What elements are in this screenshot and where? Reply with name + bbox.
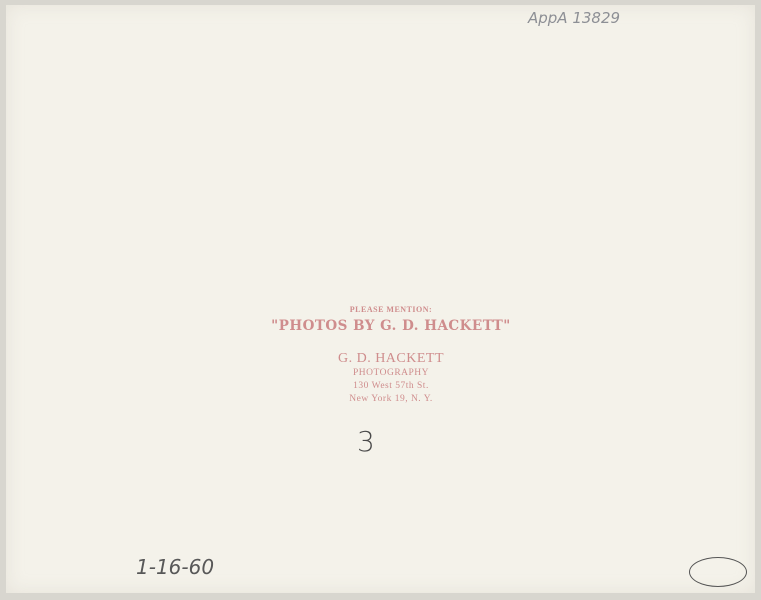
handwritten-number: 3 [357, 425, 375, 458]
stamp-please-mention: PLEASE MENTION: [246, 305, 536, 314]
photo-back-card: AppA 13829 PLEASE MENTION: "PHOTOS BY G.… [6, 5, 755, 593]
stamp-city: New York 19, N. Y. [246, 394, 536, 404]
stamp-trade: PHOTOGRAPHY [246, 368, 536, 378]
accession-note: AppA 13829 [528, 9, 620, 27]
stamp-photographer-name: G. D. HACKETT [246, 351, 536, 367]
oval-collection-stamp [689, 557, 747, 587]
stamp-credit-line: "PHOTOS BY G. D. HACKETT" [246, 318, 536, 334]
stamp-street: 130 West 57th St. [246, 381, 536, 391]
handwritten-date: 1-16-60 [136, 555, 214, 579]
